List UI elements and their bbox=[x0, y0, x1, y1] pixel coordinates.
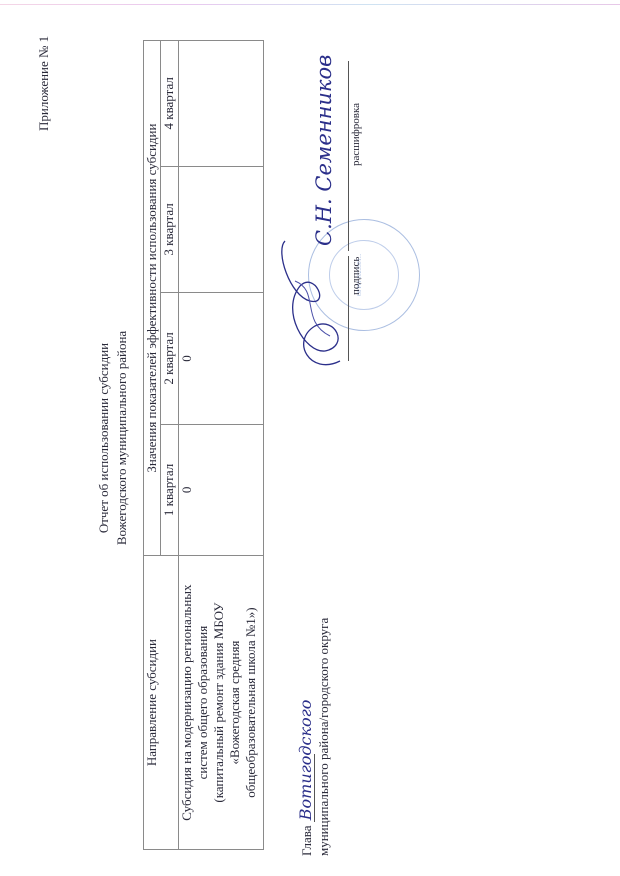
quarter-1-header: 1 квартал bbox=[161, 424, 179, 555]
direction-line: систем общего образования bbox=[195, 560, 211, 845]
value-q2: 0 bbox=[179, 293, 264, 424]
head-signature-block: Глава Вотигодского муниципального района… bbox=[298, 618, 332, 856]
head-signature-line: Вотигодского bbox=[300, 754, 315, 822]
direction-line: общеобразовательная школа №1») bbox=[243, 560, 259, 845]
signature-line bbox=[348, 256, 349, 361]
head-prefix: Глава bbox=[299, 825, 314, 856]
subsidy-report-table: Направление субсидии Значения показателе… bbox=[143, 40, 264, 850]
value-q1: 0 bbox=[179, 424, 264, 555]
signature-label: подпись bbox=[350, 257, 362, 295]
value-q3 bbox=[179, 166, 264, 293]
direction-line: «Вожегодская средняя bbox=[227, 560, 243, 845]
quarter-2-header: 2 квартал bbox=[161, 293, 179, 424]
quarter-3-header: 3 квартал bbox=[161, 166, 179, 293]
quarter-4-header: 4 квартал bbox=[161, 41, 179, 167]
decoding-line bbox=[348, 61, 349, 251]
handwritten-district: Вотигодского bbox=[297, 700, 314, 821]
decoding-label: расшифровка bbox=[350, 103, 362, 166]
title-line-2: Вожегодского муниципального района bbox=[113, 0, 131, 876]
signature-scribble-icon bbox=[270, 231, 360, 381]
appendix-label: Приложение № 1 bbox=[36, 36, 52, 131]
direction-line: (капитальный ремонт здания МБОУ bbox=[211, 560, 227, 845]
handwritten-name: С.Н. Семенников bbox=[312, 55, 336, 246]
head-caption: муниципального района/городского округа bbox=[315, 618, 332, 856]
document-page: Приложение № 1 Отчет об использовании су… bbox=[0, 0, 620, 876]
official-signature-block: ОГРН 1023501... С.Н. Семенников подпись … bbox=[290, 1, 370, 421]
direction-header: Направление субсидии bbox=[144, 556, 179, 850]
direction-line: Субсидия на модернизацию региональных bbox=[179, 560, 195, 845]
direction-cell: Субсидия на модернизацию региональных си… bbox=[179, 556, 264, 850]
title-line-1: Отчет об использовании субсидии bbox=[95, 0, 113, 876]
values-header: Значения показателей эффективности испол… bbox=[144, 41, 161, 556]
value-q4 bbox=[179, 41, 264, 167]
report-title: Отчет об использовании субсидии Вожегодс… bbox=[95, 0, 131, 876]
table-row: Субсидия на модернизацию региональных си… bbox=[179, 41, 264, 850]
